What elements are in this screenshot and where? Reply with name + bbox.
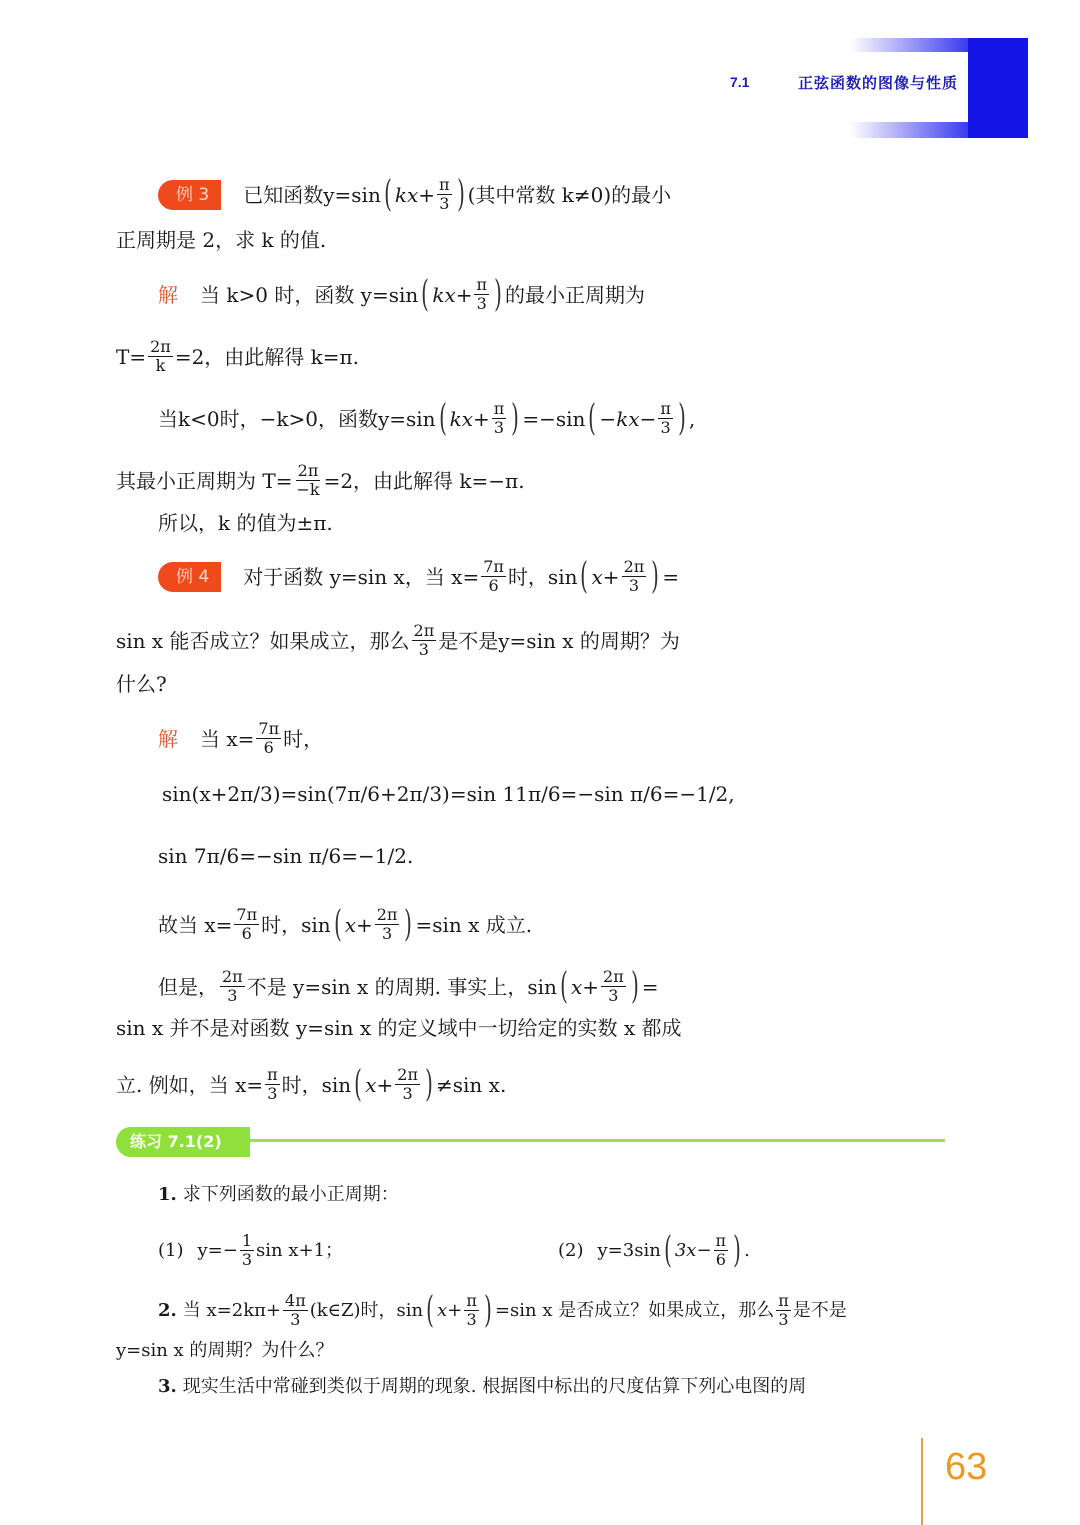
exercise-item-2: 2. 当 x=2kπ+ 4π3 (k∈Z)时，sin (x+ π3) =sin … xyxy=(158,1292,847,1329)
example4-statement-line1: 例 4 对于函数 y=sin x，当 x= 7π6 时，sin (x+ 2π3)… xyxy=(158,558,679,595)
section-title: 正弦函数的图像与性质 xyxy=(798,72,958,93)
example3-statement-line1: 例 3 已知函数 y=sin (kx+ π3) (其中常数 k≠0)的最小 xyxy=(158,176,671,213)
exercise-item-3: 3.现实生活中常碰到类似于周期的现象. 根据图中标出的尺度估算下列心电图的周 xyxy=(158,1376,806,1398)
header-blue-block xyxy=(968,38,1028,138)
exercise-divider xyxy=(250,1139,945,1142)
example3-solution-line4: 其最小正周期为 T= 2π−k =2，由此解得 k=−π. xyxy=(116,462,525,499)
section-number: 7.1 xyxy=(730,74,749,90)
example4-solution-line4: 故当 x= 7π6 时，sin (x+ 2π3) =sin x 成立. xyxy=(158,906,532,943)
example3-tag: 例 3 xyxy=(158,180,221,210)
exercise-tab: 练习 7.1(2) xyxy=(116,1127,250,1157)
example3-conclusion: 所以，k 的值为±π. xyxy=(158,511,333,535)
example4-statement-line3: 什么? xyxy=(116,672,167,696)
example3-solution-line2: T= 2πk =2，由此解得 k=π. xyxy=(116,338,359,375)
page-number: 63 xyxy=(945,1446,987,1489)
example4-statement-line2: sin x 能否成立？如果成立，那么 2π3 是不是y=sin x 的周期？为 xyxy=(116,622,680,659)
solution-label: 解 xyxy=(158,727,178,751)
example4-solution-line6: sin x 并不是对函数 y=sin x 的定义域中一切给定的实数 x 都成 xyxy=(116,1016,681,1040)
solution-label: 解 xyxy=(158,283,178,307)
page-number-rule xyxy=(921,1438,923,1525)
example3-solution-line1: 解 当 k>0 时，函数 y=sin (kx+ π3) 的最小正周期为 xyxy=(158,276,645,313)
exercise-item-1-sub1: (1) y=− 13 sin x+1； xyxy=(158,1232,343,1269)
exercise-item-2-line2: y=sin x 的周期？为什么？ xyxy=(116,1340,333,1362)
example3-solution-line3: 当k<0时，−k>0，函数y=sin (kx+ π3) =−sin (−kx− … xyxy=(158,400,695,437)
example4-solution-line7: 立. 例如，当 x= π3 时，sin (x+ 2π3) ≠sin x. xyxy=(116,1066,506,1103)
fraction: π3 xyxy=(437,176,452,213)
example4-solution-equation1: sin(x+2π/3)=sin(7π/6+2π/3)=sin 11π/6=−si… xyxy=(162,782,735,806)
exercise-item-1-sub2: (2) y=3sin (3x− π6) . xyxy=(558,1232,750,1269)
exercise-item-1: 1.求下列函数的最小正周期： xyxy=(158,1184,399,1206)
example4-solution-equation2: sin 7π/6=−sin π/6=−1/2. xyxy=(158,844,413,868)
example4-solution-line1: 解 当 x= 7π6 时， xyxy=(158,720,323,757)
example4-tag: 例 4 xyxy=(158,562,221,592)
example3-statement-line2: 正周期是 2，求 k 的值. xyxy=(116,228,326,252)
example4-solution-line5: 但是， 2π3 不是 y=sin x 的周期. 事实上，sin (x+ 2π3)… xyxy=(158,968,659,1005)
